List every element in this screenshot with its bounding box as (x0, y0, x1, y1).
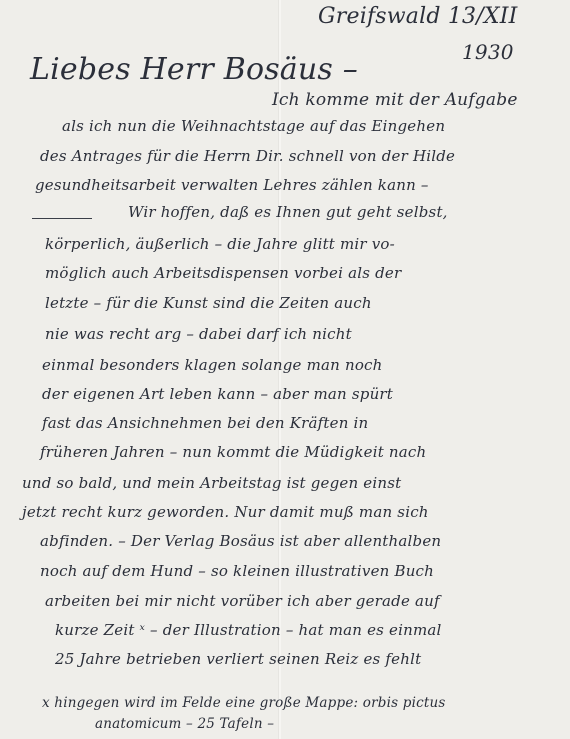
place-date: Greifswald 13/XII (318, 4, 518, 29)
letter-line: Wir hoffen, daß es Ihnen gut geht selbst… (128, 203, 448, 221)
dash-divider (32, 218, 92, 219)
letter-line: körperlich, äußerlich – die Jahre glitt … (45, 235, 395, 253)
letter-line: der eigenen Art leben kann – aber man sp… (42, 385, 393, 403)
letter-line: letzte – für die Kunst sind die Zeiten a… (45, 294, 372, 312)
letter-line: kurze Zeit ˣ – der Illustration – hat ma… (55, 621, 442, 639)
letter-page: Greifswald 13/XII 1930 Liebes Herr Bosäu… (0, 0, 570, 739)
letter-line: abfinden. – Der Verlag Bosäus ist aber a… (40, 532, 441, 550)
salutation: Liebes Herr Bosäus – (30, 52, 358, 87)
letter-year: 1930 (462, 40, 514, 64)
letter-line: des Antrages für die Herrn Dir. schnell … (40, 147, 455, 165)
letter-line: arbeiten bei mir nicht vorüber ich aber … (45, 592, 440, 610)
letter-line: jetzt recht kurz geworden. Nur damit muß… (22, 503, 429, 521)
letter-line: 25 Jahre betrieben verliert seinen Reiz … (55, 650, 421, 668)
letter-line: nie was recht arg – dabei darf ich nicht (45, 325, 352, 343)
letter-line: früheren Jahren – nun kommt die Müdigkei… (40, 443, 426, 461)
letter-line: fast das Ansichnehmen bei den Kräften in (42, 414, 368, 432)
letter-line: einmal besonders klagen solange man noch (42, 356, 383, 374)
letter-line: möglich auch Arbeitsdispensen vorbei als… (45, 264, 401, 282)
letter-line: als ich nun die Weihnachtstage auf das E… (62, 117, 445, 135)
footnote-line: anatomicum – 25 Tafeln – (95, 716, 274, 732)
footnote-line: x hingegen wird im Felde eine große Mapp… (42, 695, 446, 711)
letter-line: noch auf dem Hund – so kleinen illustrat… (40, 562, 434, 580)
letter-line: und so bald, und mein Arbeitstag ist geg… (22, 474, 401, 492)
letter-line: Ich komme mit der Aufgabe (272, 90, 518, 110)
letter-line: gesundheitsarbeit verwalten Lehres zähle… (35, 176, 429, 194)
